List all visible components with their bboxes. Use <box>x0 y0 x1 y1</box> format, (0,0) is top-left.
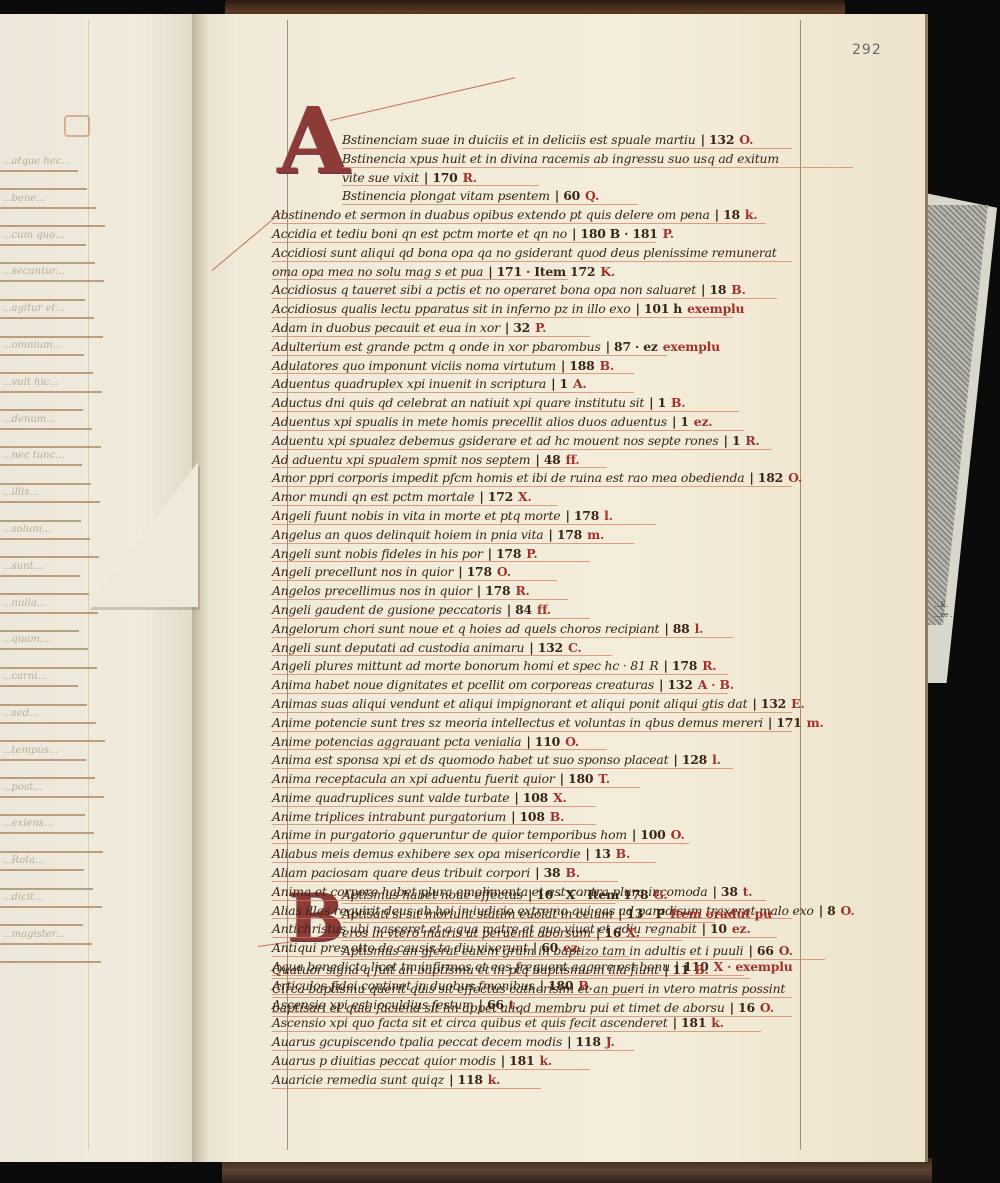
index-entry: Anime triplices intrabunt purgatorium| 1… <box>272 808 812 827</box>
ruled-line <box>0 538 90 540</box>
index-entry: eros in vtero matris ut peruenit aborsum… <box>272 924 812 943</box>
folio-reference: | 181 <box>673 1015 707 1030</box>
red-ruling-line <box>272 862 656 863</box>
folio-reference: | 88 <box>664 621 689 636</box>
folio-reference: | 182 <box>749 470 783 485</box>
folio-reference: | 38 <box>535 865 560 880</box>
entry-text: Bstinencia xpus huit et in divina racemi… <box>342 151 779 166</box>
red-ruling-line <box>342 185 539 186</box>
red-ruling-line <box>272 674 728 675</box>
entry-text: Bstinenciam suae in duiciis et in delici… <box>342 132 696 147</box>
folio-number: 292 <box>852 42 882 58</box>
rubricated-reference: R. <box>463 170 477 185</box>
entry-text: Aductus dni quis qd celebrat an natiuit … <box>272 395 644 410</box>
folio-reference: | 118 <box>567 1034 601 1049</box>
red-ruling-line <box>272 978 750 979</box>
entry-text: baptisari et quid faciend sit hn appet a… <box>272 1000 725 1015</box>
entry-text: Aduentu xpi spualez debemus gsiderare et… <box>272 433 719 448</box>
entry-text: Angelus an quos delinquit hoiem in pnia … <box>272 527 543 542</box>
show-through-text: ...carni... <box>2 669 97 685</box>
ruled-line <box>0 354 84 356</box>
entry-text: Amor mundi qn est pctm mortale <box>272 489 474 504</box>
red-ruling-line <box>272 1016 792 1017</box>
folio-reference: | 16 <box>730 1000 755 1015</box>
entry-text: Anime in purgatorio gqueruntur de quior … <box>272 827 627 842</box>
ruled-line <box>0 722 96 724</box>
red-ruling-line <box>272 279 568 280</box>
folio-reference: | 108 <box>514 790 548 805</box>
folio-reference: | 48 <box>535 452 560 467</box>
entry-text: Aduentus xpi spualis in mete homis prece… <box>272 414 667 429</box>
folio-reference: | 188 <box>561 358 595 373</box>
show-through-text: ...solum... <box>2 522 97 538</box>
red-ruling-line <box>272 843 689 844</box>
entry-text: Adulatores quo imponunt viciis noma virt… <box>272 358 556 373</box>
rubricated-reference: G. <box>653 887 667 902</box>
index-entry: Anima habet noue dignitates et pcellit o… <box>272 676 812 695</box>
entry-text: Adulterium est grande pctm q onde in xor… <box>272 339 601 354</box>
ruled-line <box>0 280 104 282</box>
folio-reference: | 100 <box>632 827 666 842</box>
red-ruling-line <box>272 1031 761 1032</box>
index-entry: Amor ppri corporis impedit pfcm homis et… <box>272 469 812 488</box>
ruled-line <box>0 464 82 466</box>
folio-reference: | 13 · P <box>618 906 665 921</box>
entry-text: vite sue vixit <box>342 170 419 185</box>
red-ruling-line <box>272 637 733 638</box>
red-ruling-line <box>272 1050 634 1051</box>
ruled-line <box>0 906 102 908</box>
rubricated-reference: O. <box>760 1000 774 1015</box>
red-ruling-line <box>272 806 596 807</box>
entry-text: Anime potencias aggrauant pcta venialia <box>272 734 521 749</box>
folio-reference: | 8 <box>819 903 836 918</box>
rubricated-reference: k. <box>539 1053 552 1068</box>
index-entry: Angelorum chori sunt noue et q hoies ad … <box>272 620 812 639</box>
entry-text: Angelos precellimus nos in quior <box>272 583 472 598</box>
show-through-text: ...sed... <box>2 706 97 722</box>
entry-text: Angeli precellunt nos in quior <box>272 564 453 579</box>
rubricated-reference: P. <box>526 546 537 561</box>
index-entry: Accidiosus qualis lectu pparatus sit in … <box>272 300 812 319</box>
red-ruling-line <box>272 655 612 656</box>
rubricated-reference: l. <box>604 508 613 523</box>
index-entry: oma opa mea no solu mag s et pua| 171 · … <box>272 263 812 282</box>
entry-text: Auarus gcupiscendo tpalia peccat decem m… <box>272 1034 562 1049</box>
index-entry: vite sue vixit| 170R. <box>272 169 812 188</box>
folio-reference: | 132 <box>659 677 693 692</box>
red-ruling-line <box>272 693 728 694</box>
ruled-line <box>0 869 84 871</box>
folio-reference: | 170 <box>424 170 458 185</box>
rubricated-reference: X. <box>626 925 640 940</box>
index-entry: Accidiosus q taueret sibi a pctis et no … <box>272 281 812 300</box>
folio-reference: | 180 B · 181 <box>572 226 658 241</box>
show-through-text: ...atque hec... <box>2 154 97 170</box>
index-entry: baptisari et quid faciend sit hn appet a… <box>272 999 812 1018</box>
red-ruling-line <box>342 204 638 205</box>
entry-text: Anima receptacula an xpi aduentu fuerit … <box>272 771 555 786</box>
rubricated-reference: O. <box>497 564 511 579</box>
rubricated-reference: ff. <box>566 452 580 467</box>
index-entry: Anime potencie sunt tres sz meoria intel… <box>272 714 812 733</box>
folio-reference: | 178 <box>488 546 522 561</box>
rubricated-reference: exemplu <box>663 339 720 354</box>
red-ruling-line <box>272 824 596 825</box>
rubricated-reference: X. <box>553 790 567 805</box>
index-entry: Aliam paciosam quare deus tribuit corpor… <box>272 864 812 883</box>
rubricated-reference: O. <box>788 470 802 485</box>
folio-reference: | 1 <box>649 395 666 410</box>
index-entries-b: Aptismus habet noue effectus| 10 · X · I… <box>272 886 812 1018</box>
red-ink-mark <box>64 115 90 137</box>
red-ruling-line <box>272 561 590 562</box>
entry-text: Accidiosus qualis lectu pparatus sit in … <box>272 301 631 316</box>
entry-text: Angeli gaudent de gusione peccatoris <box>272 602 502 617</box>
entry-text: Aliam paciosam quare deus tribuit corpor… <box>272 865 530 880</box>
entry-text: Aptismus habet noue effectus <box>342 887 523 902</box>
folio-reference: | 178 <box>477 583 511 598</box>
entry-text: Anime quadruplices sunt valde turbate <box>272 790 509 805</box>
folio-reference: | 178 <box>565 508 599 523</box>
rubricated-reference: m. <box>807 715 824 730</box>
index-entry: Anime potencias aggrauant pcta venialia|… <box>272 733 812 752</box>
red-ruling-line <box>272 787 640 788</box>
entry-text: Ad aduentu xpi spualem spmit nos septem <box>272 452 530 467</box>
index-entry: Angeli sunt nobis fideles in his por| 17… <box>272 545 812 564</box>
index-entry: Quatuor signa q fuit an baptismu et in p… <box>272 961 812 980</box>
entry-text: Aptisati si sit moriunt statim euolat in… <box>342 906 613 921</box>
entry-text: Adam in duobus pecauit et eua in xor <box>272 320 500 335</box>
index-entry: Adulterium est grande pctm q onde in xor… <box>272 338 812 357</box>
rubricated-reference: P. <box>663 226 674 241</box>
index-entry: Angeli precellunt nos in quior| 178O. <box>272 563 812 582</box>
folio-reference: | 87 · ez <box>606 339 658 354</box>
index-entry: Aductus dni quis qd celebrat an natiuit … <box>272 394 812 413</box>
ruled-line <box>0 759 86 761</box>
entry-text: Aduentus quadruplex xpi inuenit in scrip… <box>272 376 546 391</box>
ruled-line <box>0 317 94 319</box>
rubricated-reference: R. <box>515 583 529 598</box>
folio-reference: | 60 <box>555 188 580 203</box>
folio-reference: | 18 <box>715 207 740 222</box>
index-entry: Auaricie remedia sunt quiqz| 118k. <box>272 1071 812 1090</box>
index-entry: Aptismus habet noue effectus| 10 · X · I… <box>272 886 812 905</box>
show-through-text: ...tempus... <box>2 743 97 759</box>
rubricated-reference: R. <box>702 658 716 673</box>
folio-reference: | 178 <box>458 564 492 579</box>
index-entry: Angeli plures mittunt ad morte bonorum h… <box>272 657 812 676</box>
entry-text: Animas suas aliqui vendunt et aliqui imp… <box>272 696 747 711</box>
entry-text: Quatuor signa q fuit an baptismu et in p… <box>272 962 659 977</box>
entry-text: Angeli fuunt nobis in vita in morte et p… <box>272 508 560 523</box>
show-through-text: ...omnium... <box>2 338 97 354</box>
index-entry: Angeli sunt deputati ad custodia animaru… <box>272 639 812 658</box>
rubricated-reference: A · B. <box>698 677 734 692</box>
red-ruling-line <box>342 922 715 923</box>
red-ruling-line <box>272 261 792 262</box>
red-ruling-line <box>272 712 792 713</box>
red-ruling-line <box>342 959 825 960</box>
ruled-line <box>0 685 78 687</box>
red-ruling-line <box>272 749 607 750</box>
index-entry: Aduentu xpi spualez debemus gsiderare et… <box>272 432 812 451</box>
red-ruling-line <box>272 430 744 431</box>
index-entry: Animas suas aliqui vendunt et aliqui imp… <box>272 695 812 714</box>
folio-reference: | 178 <box>548 527 582 542</box>
rubricated-reference: O. <box>779 943 793 958</box>
red-ruling-line <box>272 449 772 450</box>
show-through-text: ...nec tunc... <box>2 448 97 464</box>
folio-reference: | 132 <box>752 696 786 711</box>
red-ruling-line <box>342 148 792 149</box>
rubricated-reference: B. <box>616 846 630 861</box>
engraving-caption: ...E. ...re . <box>934 600 953 620</box>
rubricated-reference: Q. <box>585 188 599 203</box>
folio-reference: | 171 <box>768 715 802 730</box>
ruled-line <box>0 207 96 209</box>
ruled-line <box>0 796 104 798</box>
folio-reference: | 1 <box>724 433 741 448</box>
index-entry: Anima est sponsa xpi et ds quomodo habet… <box>272 751 812 770</box>
left-page-margin-rule <box>88 20 89 1150</box>
index-entry: Angeli gaudent de gusione peccatoris| 84… <box>272 601 812 620</box>
show-through-text: ...post... <box>2 780 97 796</box>
rubricated-reference: B. <box>565 865 579 880</box>
index-entry: Circa baptismu querit quis sit effectus … <box>272 980 812 999</box>
entry-text: Accidiosi sunt aliqui qd bona opa qa no … <box>272 245 777 260</box>
index-entry: Accidiosi sunt aliqui qd bona opa qa no … <box>272 244 812 263</box>
folio-reference: | 110 <box>526 734 560 749</box>
entry-text: Accidia et tediu boni qn est pctm morte … <box>272 226 567 241</box>
red-ruling-line <box>272 392 634 393</box>
red-ruling-line <box>272 1088 541 1089</box>
index-entry: Bstinenciam suae in duiciis et in delici… <box>272 131 812 150</box>
rubricated-reference: ez. <box>694 414 713 429</box>
rubricated-reference: O. <box>671 827 685 842</box>
show-through-text: ...denum... <box>2 412 97 428</box>
rubricated-reference: R. <box>745 433 759 448</box>
red-ruling-line <box>272 618 590 619</box>
rubricated-reference: O. <box>565 734 579 749</box>
red-ruling-line <box>272 881 618 882</box>
red-ruling-line <box>272 505 557 506</box>
ruled-line <box>0 391 102 393</box>
index-entry: Anime quadruplices sunt valde turbate| 1… <box>272 789 812 808</box>
entry-text: Anime potencie sunt tres sz meoria intel… <box>272 715 763 730</box>
rubricated-reference: B. <box>550 809 564 824</box>
index-entry: Abstinendo et sermon in duabus opibus ex… <box>272 206 812 225</box>
index-entry: Angelus an quos delinquit hoiem in pnia … <box>272 526 812 545</box>
folio-reference: | 180 <box>560 771 594 786</box>
entry-text: Anima habet noue dignitates et pcellit o… <box>272 677 654 692</box>
folio-reference: | 172 <box>479 489 513 504</box>
index-entry: Angeli fuunt nobis in vita in morte et p… <box>272 507 812 526</box>
entry-text: Angelorum chori sunt noue et q hoies ad … <box>272 621 659 636</box>
red-ruling-line <box>272 1069 590 1070</box>
red-ruling-line <box>272 486 792 487</box>
show-through-text: ...Rota... <box>2 853 97 869</box>
rubricated-reference: T. <box>598 771 610 786</box>
show-through-text: ...sunt... <box>2 559 97 575</box>
folio-reference: | 181 <box>501 1053 535 1068</box>
red-ruling-line <box>272 317 733 318</box>
ruled-line <box>0 244 86 246</box>
red-ruling-line <box>272 543 634 544</box>
rubricated-reference: k. <box>711 1015 724 1030</box>
entry-text: Amor ppri corporis impedit pfcm homis et… <box>272 470 744 485</box>
show-through-text: ...cum quo... <box>2 228 97 244</box>
show-through-text: ...agitur et... <box>2 301 97 317</box>
red-ruling-line <box>272 580 557 581</box>
entry-text: Aptismus an gferat ealem gram in baptizo… <box>342 943 743 958</box>
rubricated-reference: E. <box>791 696 804 711</box>
rubricated-reference: B. <box>694 962 708 977</box>
ruled-line <box>0 832 94 834</box>
index-entry: Aptismus an gferat ealem gram in baptizo… <box>272 942 812 961</box>
show-through-text: ...quam... <box>2 632 97 648</box>
folio-reference: | 101 h <box>636 301 683 316</box>
rubricated-reference: A. <box>573 376 587 391</box>
index-entry: Auarus gcupiscendo tpalia peccat decem m… <box>272 1033 812 1052</box>
show-through-text: ...exiens... <box>2 816 97 832</box>
entry-text: Auarus p diuitias peccat quior modis <box>272 1053 496 1068</box>
index-entry: Bstinencia plongat vitam psentem| 60Q. <box>272 187 812 206</box>
index-entry: Aptisati si sit moriunt statim euolat in… <box>272 905 812 924</box>
red-ruling-line <box>272 768 733 769</box>
folio-reference: | 132 <box>529 640 563 655</box>
folio-reference: | 132 <box>701 132 735 147</box>
folio-reference: | 11 <box>664 962 689 977</box>
rubricated-reference: B. <box>671 395 685 410</box>
show-through-text: ...bene... <box>2 191 97 207</box>
red-ruling-line <box>272 336 590 337</box>
entry-text: Aliabus meis demus exhibere sex opa mise… <box>272 846 580 861</box>
ruled-line <box>0 575 80 577</box>
red-ruling-line <box>272 731 792 732</box>
folio-reference: | 171 · Item 172 <box>488 264 595 279</box>
rubricated-reference: ff. <box>537 602 551 617</box>
red-ruling-line <box>272 355 667 356</box>
entry-text: Angeli sunt deputati ad custodia animaru <box>272 640 524 655</box>
rubricated-reference: J. <box>606 1034 615 1049</box>
folio-reference: | 13 <box>585 846 610 861</box>
red-ruling-line <box>272 599 568 600</box>
show-through-text: ...nulla... <box>2 596 97 612</box>
red-ruling-line <box>272 242 656 243</box>
ruled-line <box>0 612 98 614</box>
rubricated-reference: Item oradut pu <box>670 906 772 921</box>
folio-reference: | 10 · X · Item 178 <box>528 887 648 902</box>
rubricated-reference: O. <box>739 132 753 147</box>
ruled-line <box>0 961 101 963</box>
entry-text: Anima est sponsa xpi et ds quomodo habet… <box>272 752 668 767</box>
folio-reference: | 128 <box>673 752 707 767</box>
entry-text: Ascensio xpi quo facta sit et circa quib… <box>272 1015 668 1030</box>
index-entry: Anima receptacula an xpi aduentu fuerit … <box>272 770 812 789</box>
red-ruling-line <box>272 524 656 525</box>
index-entry: Angelos precellimus nos in quior| 178R. <box>272 582 812 601</box>
index-entry: Aduentus quadruplex xpi inuenit in scrip… <box>272 375 812 394</box>
index-entry: Accidia et tediu boni qn est pctm morte … <box>272 225 812 244</box>
entry-text: Circa baptismu querit quis sit effectus … <box>272 981 785 996</box>
entry-text: Angeli sunt nobis fideles in his por <box>272 546 483 561</box>
rubricated-reference: l. <box>695 621 704 636</box>
folio-reference: | 84 <box>507 602 532 617</box>
entry-text: Accidiosus q taueret sibi a pctis et no … <box>272 282 696 297</box>
index-entry: Ad aduentu xpi spualem spmit nos septem|… <box>272 451 812 470</box>
red-ruling-line <box>272 411 739 412</box>
folio-reference: | 1 <box>672 414 689 429</box>
red-ruling-line <box>342 940 682 941</box>
show-through-text: ...illis... <box>2 485 97 501</box>
folio-reference: | 108 <box>511 809 545 824</box>
red-ruling-line <box>272 298 777 299</box>
ruled-line <box>0 501 100 503</box>
red-ruling-line <box>272 997 792 998</box>
entry-text: eros in vtero matris ut peruenit aborsum <box>342 925 591 940</box>
entry-text: Abstinendo et sermon in duabus opibus ex… <box>272 207 710 222</box>
index-entry: Aliabus meis demus exhibere sex opa mise… <box>272 845 812 864</box>
red-ruling-line <box>272 467 607 468</box>
rubricated-reference: m. <box>587 527 604 542</box>
ruled-line <box>0 170 78 172</box>
show-through-text: ...secuntur... <box>2 264 97 280</box>
folio-reference: | 1 <box>551 376 568 391</box>
rubricated-reference: P. <box>535 320 546 335</box>
red-ruling-line <box>272 373 634 374</box>
ruled-line <box>0 648 88 650</box>
folio-reference: | 66 <box>748 943 773 958</box>
show-through-text: ...dicit... <box>2 890 97 906</box>
entry-text: Auaricie remedia sunt quiqz <box>272 1072 444 1087</box>
rubricated-reference: l. <box>712 752 721 767</box>
folio-reference: | 32 <box>505 320 530 335</box>
rubricated-reference: k. <box>745 207 758 222</box>
rubricated-reference: exemplu <box>687 301 744 316</box>
folio-reference: | 18 <box>701 282 726 297</box>
index-entry: Adam in duobus pecauit et eua in xor| 32… <box>272 319 812 338</box>
index-entry: Adulatores quo imponunt viciis noma virt… <box>272 357 812 376</box>
red-ruling-line <box>342 903 616 904</box>
rubricated-reference: K. <box>600 264 615 279</box>
entry-text: oma opa mea no solu mag s et pua <box>272 264 483 279</box>
rubricated-reference: k. <box>488 1072 501 1087</box>
rubricated-reference: B. <box>600 358 614 373</box>
rubricated-reference: B. <box>731 282 745 297</box>
index-entry: Auarus p diuitias peccat quior modis| 18… <box>272 1052 812 1071</box>
show-through-text: ...magister... <box>2 927 97 943</box>
ruled-line <box>0 943 92 945</box>
index-entry: Bstinencia xpus huit et in divina racemi… <box>272 150 812 169</box>
folio-reference: | 16 <box>596 925 621 940</box>
red-ruling-line <box>272 223 766 224</box>
entry-text: Angeli plures mittunt ad morte bonorum h… <box>272 658 659 673</box>
index-entry: Amor mundi qn est pctm mortale| 172X. <box>272 488 812 507</box>
red-ruling-line <box>342 167 853 168</box>
index-entry: Aduentus xpi spualis in mete homis prece… <box>272 413 812 432</box>
index-entry: Anime in purgatorio gqueruntur de quior … <box>272 826 812 845</box>
show-through-text: ...vult hic... <box>2 375 97 391</box>
entry-text: Bstinencia plongat vitam psentem <box>342 188 550 203</box>
rubricated-reference: O. <box>841 903 855 918</box>
folio-reference: | 118 <box>449 1072 483 1087</box>
folio-reference: | 178 <box>664 658 698 673</box>
ruled-line <box>0 428 92 430</box>
rubricated-reference: C. <box>568 640 582 655</box>
entry-text: Anime triplices intrabunt purgatorium <box>272 809 506 824</box>
rubricated-reference: X. <box>518 489 532 504</box>
